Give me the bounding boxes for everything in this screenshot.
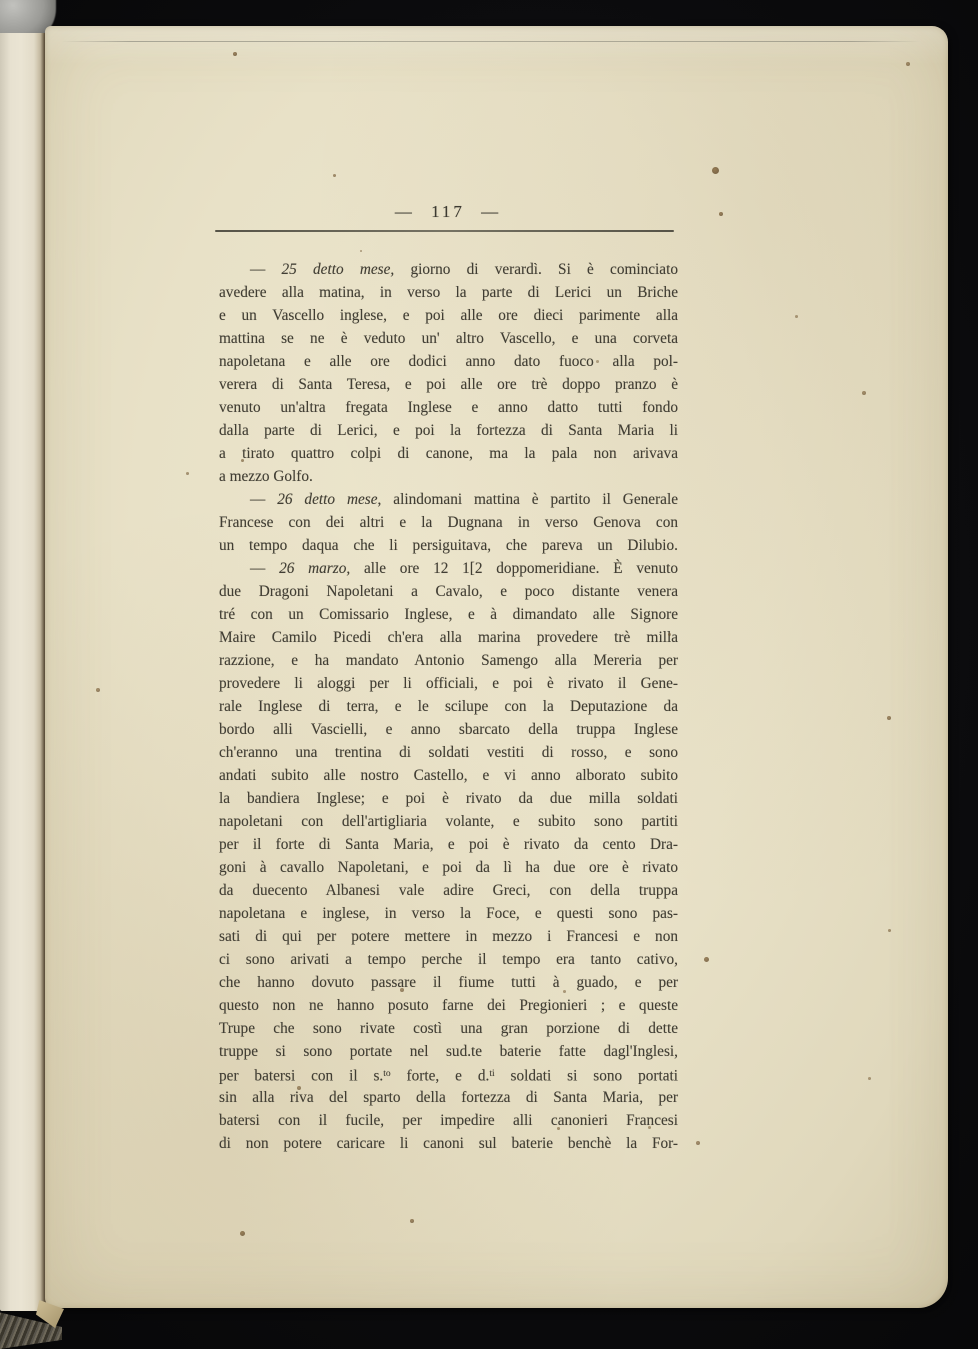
foxing-spot: [704, 957, 709, 962]
text-line: sin alla riva del sparto della fortezza …: [219, 1086, 678, 1109]
text-segment: e un Vascello inglese, e poi alle ore di…: [219, 307, 678, 324]
text-line: verera di Santa Teresa, e poi alle ore t…: [219, 373, 678, 396]
text-segment: un tempo daqua che li persiguitava, che …: [219, 537, 678, 554]
text-line: Maire Camilo Picedi ch'era alla marina p…: [219, 626, 678, 649]
text-segment: 26 detto mese: [277, 491, 377, 508]
text-line: napoletana e inglese, in verso la Foce, …: [219, 902, 678, 925]
text-segment: provedere li aloggi per li officiali, e …: [219, 675, 678, 692]
foxing-spot: [240, 1231, 245, 1236]
text-line: ch'eranno una trentina di soldati vestit…: [219, 741, 678, 764]
text-line: goni à cavallo Napoletani, e poi da lì h…: [219, 856, 678, 879]
text-line: razzione, e ha mandato Antonio Samengo a…: [219, 649, 678, 672]
text-segment: dalla parte di Lerici, e poi la fortezza…: [219, 422, 678, 439]
text-segment: napoletani con dell'artigliaria volante,…: [219, 813, 678, 830]
text-segment: to: [383, 1069, 390, 1079]
text-segment: napoletana e inglese, in verso la Foce, …: [219, 905, 678, 922]
text-segment: bordo alli Vascielli, e anno sbarcato de…: [219, 721, 678, 738]
text-segment: rale Inglese di terra, e le scilupe con …: [219, 698, 678, 715]
foxing-spot: [410, 1219, 414, 1223]
text-segment: ch'eranno una trentina di soldati vestit…: [219, 744, 678, 761]
text-line: napoletana e alle ore dodici anno dato f…: [219, 350, 678, 373]
previous-page-edge: [0, 33, 47, 1311]
text-line: due Dragoni Napoletani a Cavalo, e poco …: [219, 580, 678, 603]
text-line: ci sono arivati a tempo perche il tempo …: [219, 948, 678, 971]
text-segment: verera di Santa Teresa, e poi alle ore t…: [219, 376, 678, 393]
text-segment: Francese con dei altri e la Dugnana in v…: [219, 514, 678, 531]
text-segment: goni à cavallo Napoletani, e poi da lì h…: [219, 859, 678, 876]
foxing-spot: [400, 988, 404, 992]
text-line: a mezzo Golfo.: [219, 465, 678, 488]
text-segment: napoletana e alle ore dodici anno dato f…: [219, 353, 678, 370]
text-segment: forte, e d.: [391, 1068, 490, 1085]
text-segment: tré con un Comissario Inglese, e à diman…: [219, 606, 678, 623]
text-line: e un Vascello inglese, e poi alle ore di…: [219, 304, 678, 327]
text-segment: per batersi con il s.: [219, 1068, 383, 1085]
text-line: — 26 detto mese, alindomani mattina è pa…: [219, 488, 678, 511]
foxing-spot: [862, 391, 866, 395]
text-line: Francese con dei altri e la Dugnana in v…: [219, 511, 678, 534]
text-segment: per il forte di Santa Maria, e poi è riv…: [219, 836, 678, 853]
text-line: sati di qui per potere mettere in mezzo …: [219, 925, 678, 948]
foxing-spot: [888, 929, 891, 932]
text-segment: di non potere caricare li canoni sul bat…: [219, 1135, 678, 1152]
text-line: per batersi con il s.to forte, e d.ti so…: [219, 1063, 678, 1086]
foxing-spot: [186, 472, 189, 475]
text-line: mattina se ne è veduto un' altro Vascell…: [219, 327, 678, 350]
foxing-spot: [906, 62, 910, 66]
text-line: a tirato quattro colpi di canone, ma la …: [219, 442, 678, 465]
text-line: per il forte di Santa Maria, e poi è riv…: [219, 833, 678, 856]
text-segment: —: [250, 261, 282, 278]
text-line: rale Inglese di terra, e le scilupe con …: [219, 695, 678, 718]
text-segment: —: [250, 491, 277, 508]
text-segment: , alindomani mattina è partito il Genera…: [378, 491, 678, 508]
text-segment: alle ore 12 1[2 doppomeridiane. È venuto: [350, 560, 678, 577]
text-segment: mattina se ne è veduto un' altro Vascell…: [219, 330, 678, 347]
text-segment: 26 marzo,: [279, 560, 350, 577]
text-line: da duecento Albanesi vale adire Greci, c…: [219, 879, 678, 902]
foxing-spot: [297, 1086, 301, 1090]
text-segment: a tirato quattro colpi di canone, ma la …: [219, 445, 678, 462]
text-line: batersi con il fucile, per impedire alli…: [219, 1109, 678, 1132]
text-line: un tempo daqua che li persiguitava, che …: [219, 534, 678, 557]
foxing-spot: [563, 990, 566, 993]
text-line: la bandiera Inglese; e poi è rivato da d…: [219, 787, 678, 810]
text-line: andati subito alle nostro Castello, e vi…: [219, 764, 678, 787]
text-block: — 25 detto mese, giorno di verardì. Si è…: [219, 258, 678, 1155]
book-page: — 117 — — 25 detto mese, giorno di verar…: [45, 26, 948, 1308]
text-segment: Trupe che sono rivate costì una gran por…: [219, 1020, 678, 1037]
foxing-spot: [360, 250, 362, 252]
text-line: dalla parte di Lerici, e poi la fortezza…: [219, 419, 678, 442]
text-line: — 25 detto mese, giorno di verardì. Si è…: [219, 258, 678, 281]
text-segment: la bandiera Inglese; e poi è rivato da d…: [219, 790, 678, 807]
text-segment: sin alla riva del sparto della fortezza …: [219, 1089, 678, 1106]
text-segment: questo non ne hanno posuto farne dei Pre…: [219, 997, 678, 1014]
text-segment: ci sono arivati a tempo perche il tempo …: [219, 951, 678, 968]
text-line: Trupe che sono rivate costì una gran por…: [219, 1017, 678, 1040]
text-segment: razzione, e ha mandato Antonio Samengo a…: [219, 652, 678, 669]
text-segment: truppe si sono portate nel sud.te bateri…: [219, 1043, 678, 1060]
text-segment: batersi con il fucile, per impedire alli…: [219, 1112, 678, 1129]
page-number: — 117 —: [219, 202, 677, 224]
text-line: truppe si sono portate nel sud.te bateri…: [219, 1040, 678, 1063]
text-segment: —: [250, 560, 279, 577]
foxing-spot: [648, 1126, 651, 1129]
text-line: avedere alla matina, in verso la parte d…: [219, 281, 678, 304]
text-segment: venuto un'altra fregata Inglese e anno d…: [219, 399, 678, 416]
text-line: di non potere caricare li canoni sul bat…: [219, 1132, 678, 1155]
foxing-spot: [696, 1141, 700, 1145]
header-rule: [215, 230, 674, 232]
text-segment: due Dragoni Napoletani a Cavalo, e poco …: [219, 583, 678, 600]
text-segment: sati di qui per potere mettere in mezzo …: [219, 928, 678, 945]
foxing-spot: [719, 212, 723, 216]
foxing-spot: [557, 1127, 560, 1130]
foxing-spot: [868, 1077, 871, 1080]
foxing-spot: [668, 633, 671, 636]
text-segment: a mezzo Golfo.: [219, 468, 313, 485]
foxing-spot: [712, 167, 719, 174]
text-line: bordo alli Vascielli, e anno sbarcato de…: [219, 718, 678, 741]
text-line: tré con un Comissario Inglese, e à diman…: [219, 603, 678, 626]
foxing-spot: [233, 52, 237, 56]
text-line: — 26 marzo, alle ore 12 1[2 doppomeridia…: [219, 557, 678, 580]
foxing-spot: [241, 459, 244, 462]
text-segment: 25 detto mese,: [282, 261, 395, 278]
foxing-spot: [596, 360, 599, 363]
text-line: questo non ne hanno posuto farne dei Pre…: [219, 994, 678, 1017]
text-segment: Maire Camilo Picedi ch'era alla marina p…: [219, 629, 678, 646]
text-line: napoletani con dell'artigliaria volante,…: [219, 810, 678, 833]
text-line: provedere li aloggi per li officiali, e …: [219, 672, 678, 695]
text-segment: da duecento Albanesi vale adire Greci, c…: [219, 882, 678, 899]
text-segment: avedere alla matina, in verso la parte d…: [219, 284, 678, 301]
text-segment: andati subito alle nostro Castello, e vi…: [219, 767, 678, 784]
foxing-spot: [333, 174, 336, 177]
foxing-spot: [795, 315, 798, 318]
foxing-spot: [887, 716, 891, 720]
scanned-book-page-photo: — 117 — — 25 detto mese, giorno di verar…: [0, 0, 978, 1349]
text-line: venuto un'altra fregata Inglese e anno d…: [219, 396, 678, 419]
foxing-spot: [96, 688, 100, 692]
text-segment: giorno di verardì. Si è cominciato: [394, 261, 678, 278]
page-top-crease: [61, 41, 920, 42]
text-segment: soldati si sono portati: [495, 1068, 678, 1085]
text-line: che hanno dovuto passare il fiume tutti …: [219, 971, 678, 994]
text-segment: che hanno dovuto passare il fiume tutti …: [219, 974, 678, 991]
